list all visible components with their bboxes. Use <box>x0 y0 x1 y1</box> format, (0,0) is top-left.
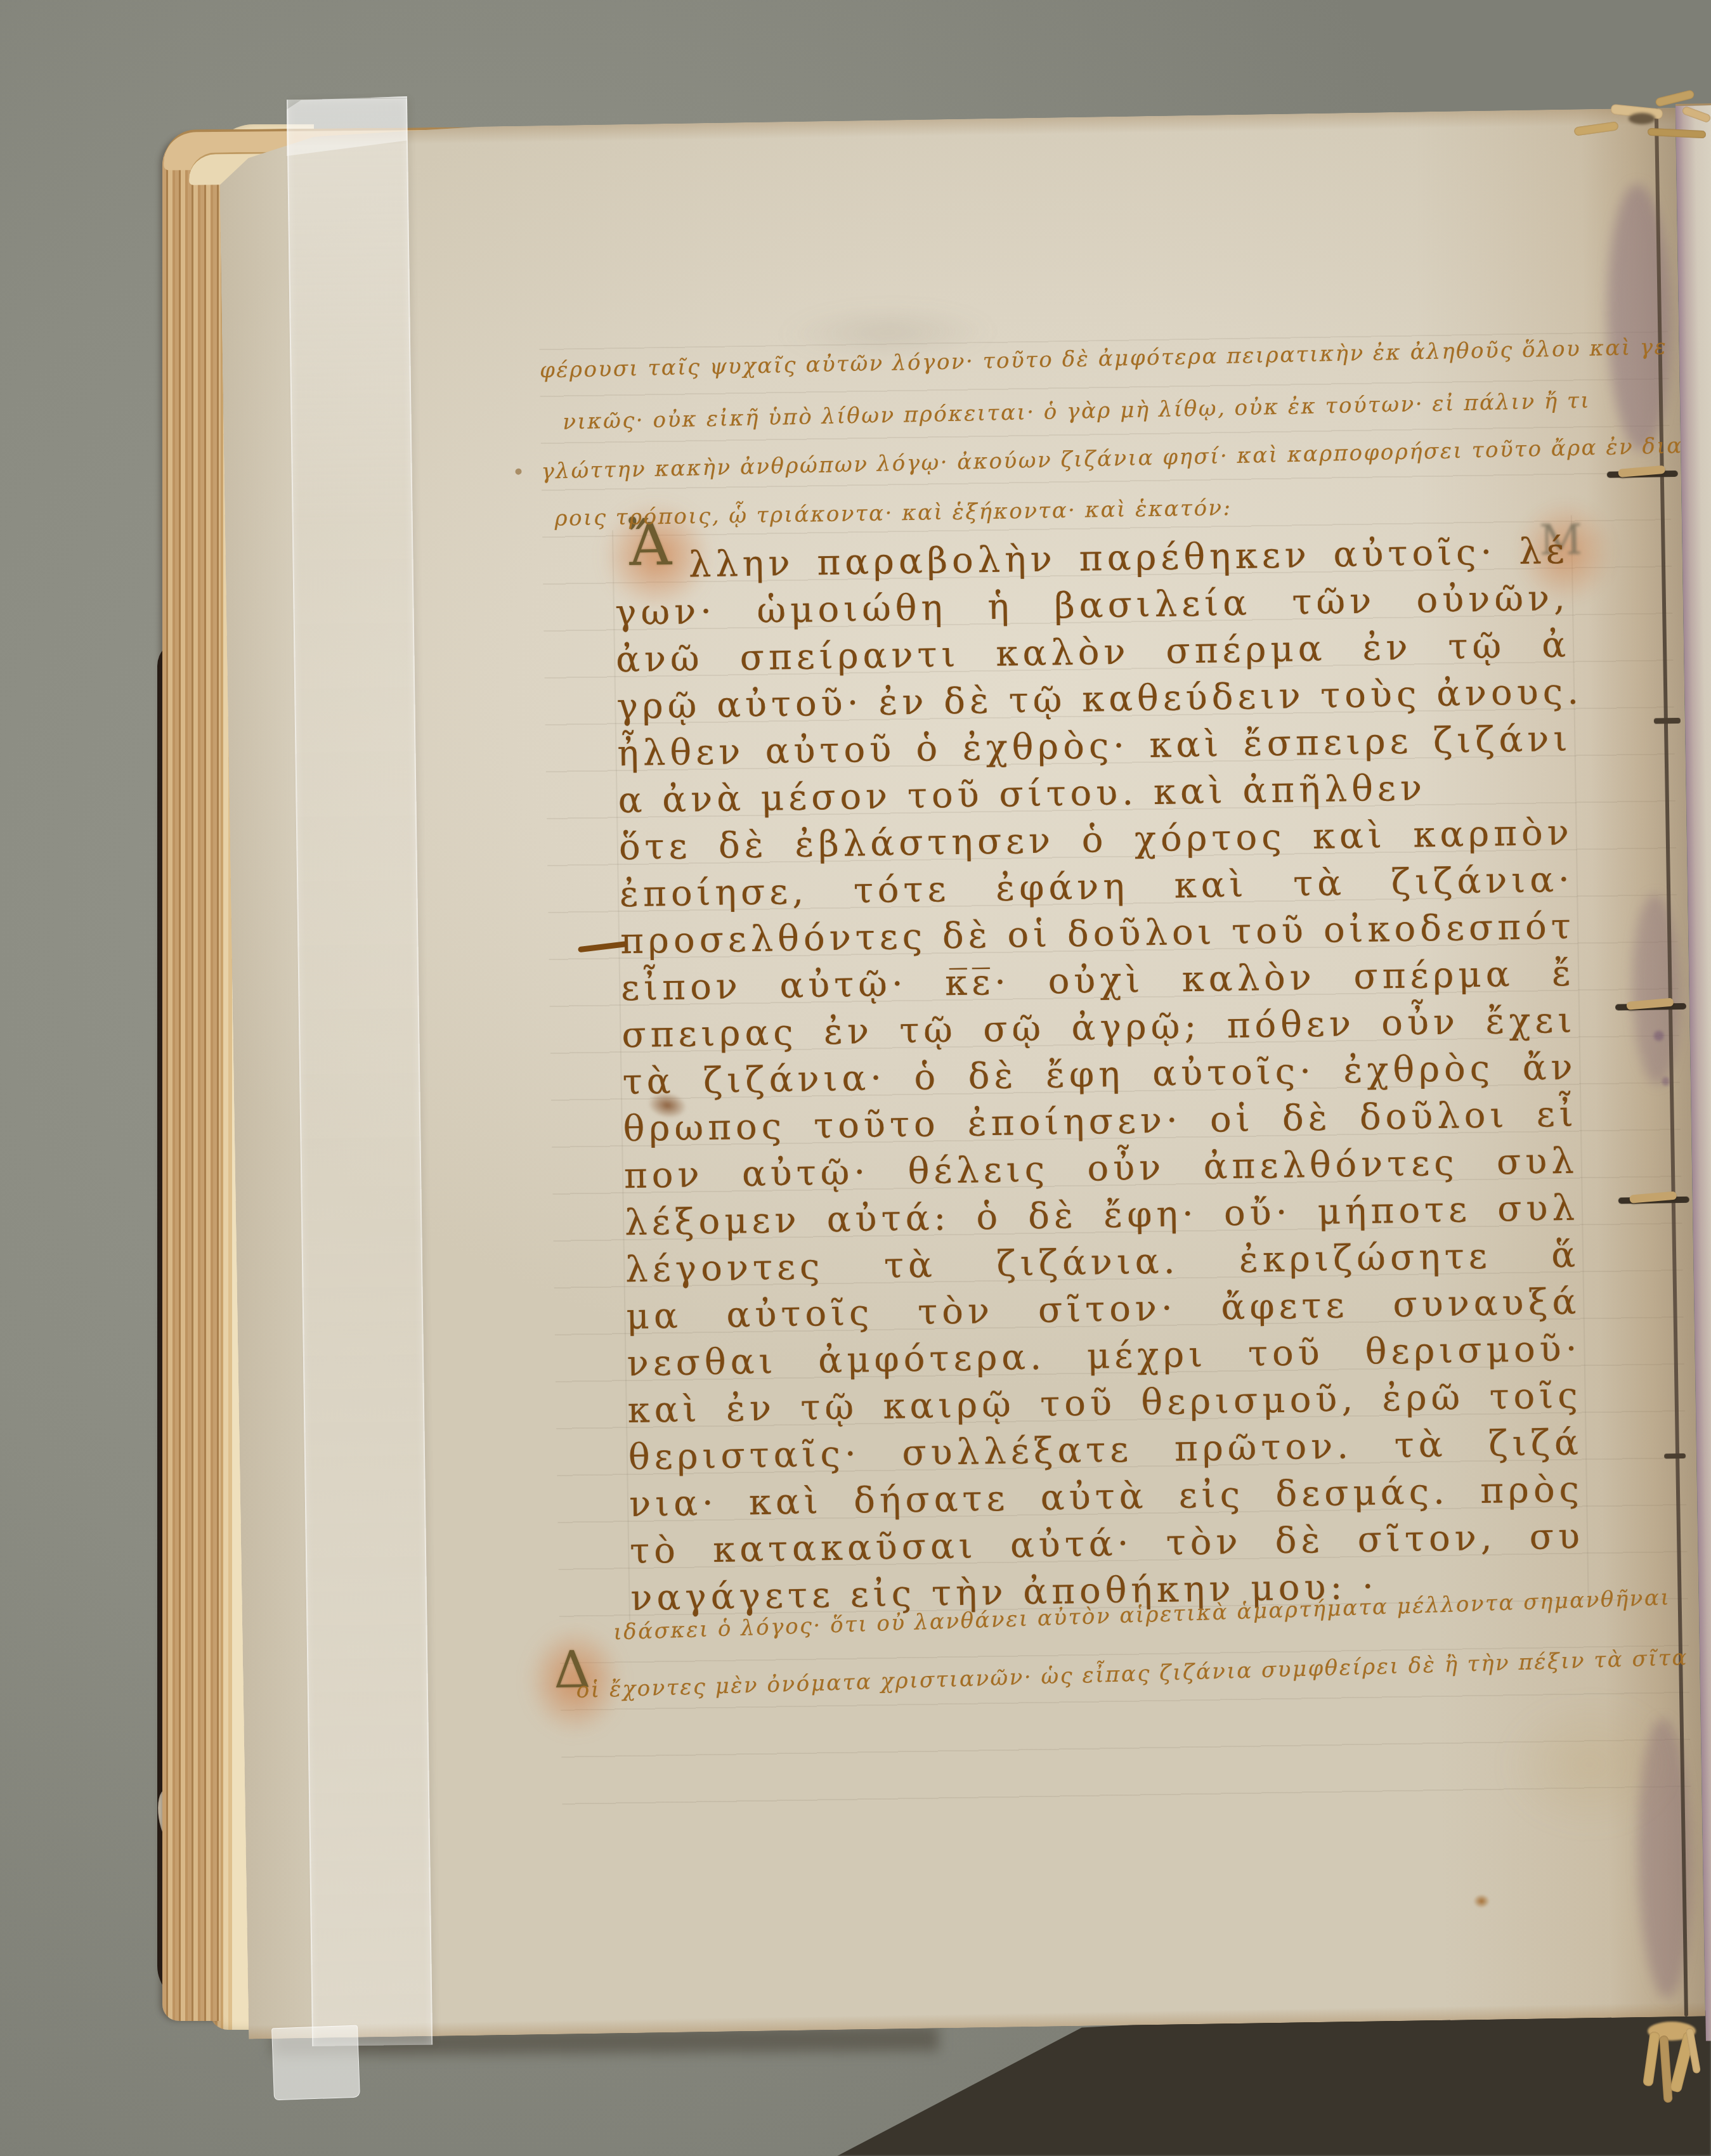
conservation-film-strip <box>287 98 433 2046</box>
manuscript-photo: Ἄ Δ Μ φέρουσι ταῖς ψυχαῖς αὐτῶν λόγον· τ… <box>0 0 1711 2156</box>
page-surface: Ἄ Δ Μ φέρουσι ταῖς ψυχαῖς αὐτῶν λόγον· τ… <box>219 108 1705 2039</box>
film-tab-bottom <box>271 2025 360 2101</box>
purple-fleck <box>1662 1077 1670 1086</box>
rust-spot <box>1473 1894 1490 1908</box>
headband-gap <box>1629 113 1655 124</box>
margin-ink-dot <box>515 469 521 475</box>
stacked-leaf-edges <box>162 134 221 2021</box>
parchment-page: Ἄ Δ Μ φέρουσι ταῖς ψυχαῖς αὐτῶν λόγον· τ… <box>219 108 1705 2039</box>
gutter-nick <box>1654 718 1681 724</box>
book-bottom-board-shadow <box>837 2010 1711 2156</box>
gutter-nick <box>1664 1453 1686 1459</box>
